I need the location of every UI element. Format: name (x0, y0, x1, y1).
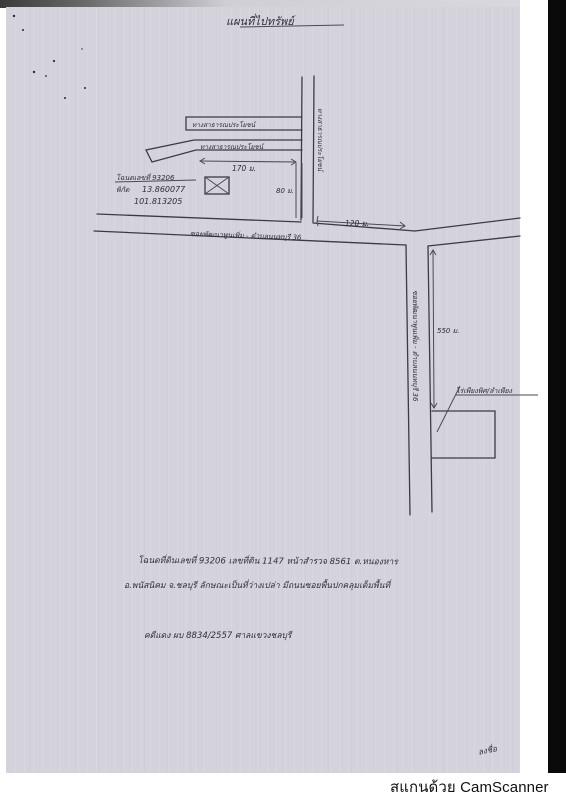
hand-drawn-map: แผนที่ไปทรัพย์ ทางสาธารณประโยชน์ ทางสาธา… (0, 0, 566, 800)
distance-120-label: 120 ม. (345, 219, 369, 228)
landmark-label: ไร่เพียงพิศ/ลำเพียง (456, 386, 513, 395)
distance-550-arrow (430, 250, 437, 408)
property-deed-label: โฉนดเลขที่ 93206 (116, 172, 175, 182)
distance-550-label: 550 ม. (437, 327, 459, 335)
property-lng: 101.813205 (134, 197, 182, 206)
description-line-2: อ.พนัสนิคม จ.ชลบุรี ลักษณะเป็นที่ว่างเปล… (124, 578, 528, 592)
description-line-3: คดีแดง ผบ 8834/2557 ศาลแขวงชลบุรี (144, 628, 528, 642)
side-road-label: ซอยพัฒนาพูนเพิ่ม - ตำบลนนทบุรี 36 (411, 290, 421, 402)
landmark-plot (432, 386, 538, 458)
lane-middle-label: ทางสาธารณประโยชน์ (200, 143, 265, 151)
distance-80-label: 80 ม. (276, 187, 294, 195)
camscanner-watermark: สแกนด้วย CamScanner (390, 775, 549, 799)
main-road-label: ซอยพัฒนาพูนเพิ่ม - ตำบลนนทบุรี 36 (190, 228, 302, 242)
main-road (94, 214, 520, 246)
distance-170-label: 170 ม. (232, 164, 256, 173)
property-lat: 13.860077 (142, 185, 186, 194)
description-block: โฉนดที่ดินเลขที่ 93206 เลขที่ดิน 1147 หน… (138, 554, 528, 642)
scan-specks (13, 15, 86, 99)
connector-road-label: ทางสาธารณประโยชน์ (316, 108, 324, 173)
property-coords-label: พิกัด (116, 186, 130, 194)
description-line-1: โฉนดที่ดินเลขที่ 93206 เลขที่ดิน 1147 หน… (138, 553, 528, 569)
connector-road (301, 76, 314, 222)
lane-top-label: ทางสาธารณประโยชน์ (192, 121, 257, 129)
